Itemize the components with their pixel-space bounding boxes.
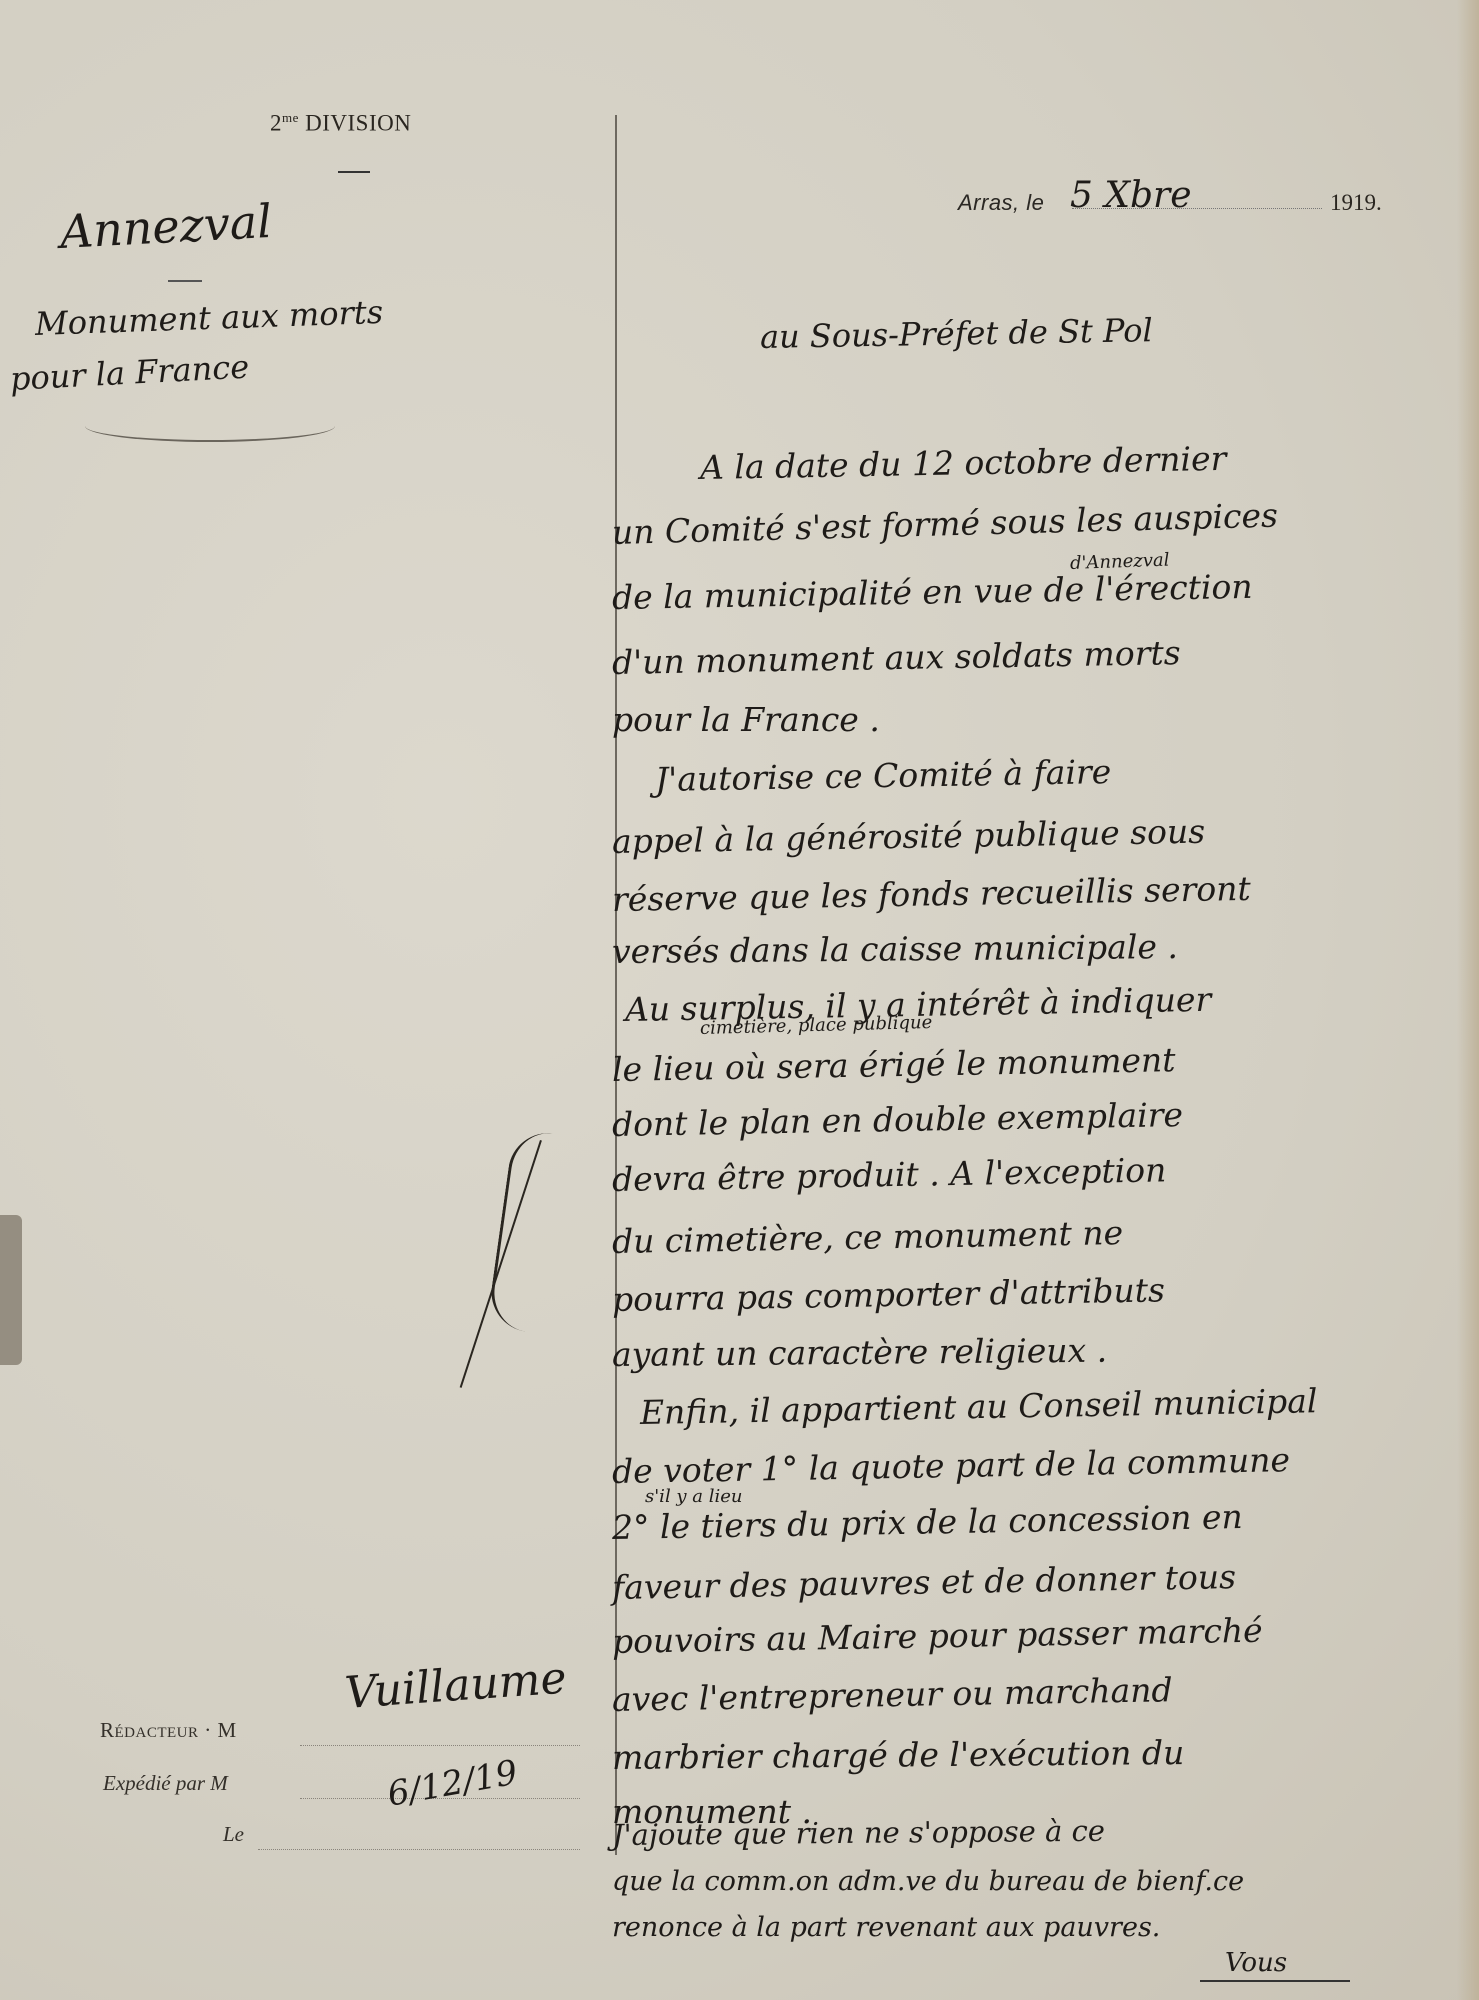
expedie-label: Expédié par M	[103, 1771, 228, 1796]
body-line: pour la France .	[612, 700, 880, 739]
dateline-year: 1919.	[1330, 190, 1382, 216]
commune-name: Annezval	[59, 194, 274, 259]
body-line: que la comm.on adm.ve du bureau de bienf…	[612, 1866, 1244, 1897]
division-number: 2	[270, 111, 282, 136]
page-edge	[1457, 0, 1479, 2000]
body-line: J'autorise ce Comité à faire	[655, 752, 1112, 799]
body-line: marbrier chargé de l'exécution du	[612, 1733, 1185, 1777]
binding-tab	[0, 1215, 22, 1365]
subject-underline	[85, 410, 335, 442]
division-suffix: me	[282, 110, 299, 125]
body-line: J'ajoute que rien ne s'oppose à ce	[612, 1814, 1105, 1852]
body-line: renonce à la part revenant aux pauvres.	[612, 1912, 1160, 1943]
closing-word: Vous	[1225, 1948, 1287, 1978]
division-heading: 2me DIVISION	[270, 110, 411, 137]
redacteur-label: Rédacteur · M	[100, 1718, 237, 1743]
le-line	[258, 1849, 580, 1850]
addressee: au Sous-Préfet de St Pol	[760, 311, 1153, 356]
closing-underline	[1200, 1980, 1350, 1982]
header-dash	[338, 171, 370, 173]
dateline-place: Arras, le	[958, 190, 1044, 216]
subject-dash	[168, 280, 202, 282]
insertion-sil-y-a-lieu: s'il y a lieu	[645, 1486, 743, 1507]
le-label: Le	[223, 1822, 244, 1847]
division-label: DIVISION	[305, 111, 411, 136]
dateline-handwritten-date: 5 Xbre	[1070, 175, 1192, 216]
redacteur-line	[300, 1745, 580, 1746]
body-line: versés dans la caisse municipale .	[612, 927, 1178, 971]
body-line: ayant un caractère religieux .	[612, 1331, 1107, 1374]
